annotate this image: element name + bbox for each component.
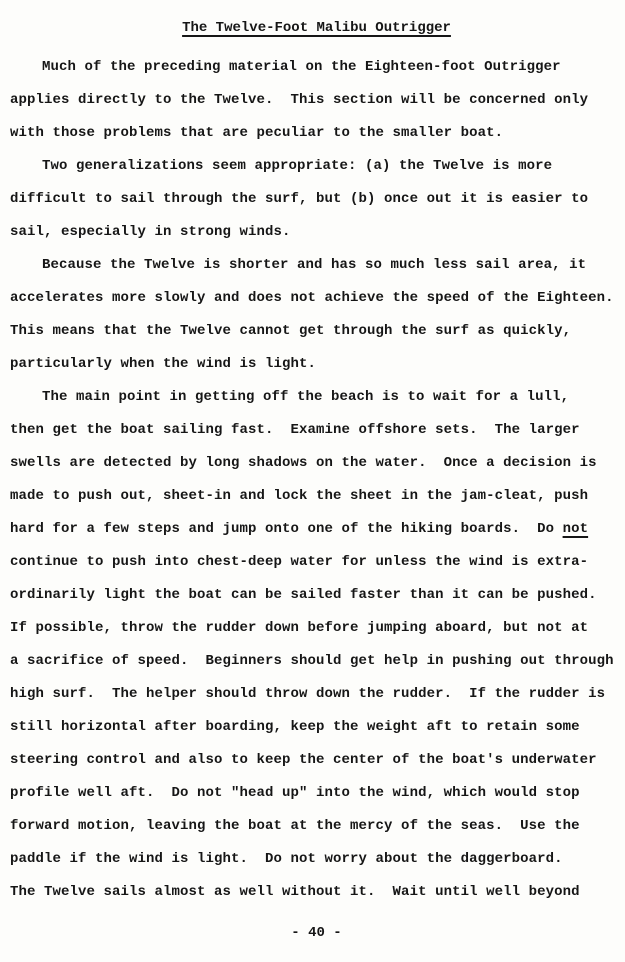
text-line: particularly when the wind is light.	[10, 348, 623, 381]
text-line: steering control and also to keep the ce…	[10, 744, 623, 777]
text-line: high surf. The helper should throw down …	[10, 678, 623, 711]
text-line: then get the boat sailing fast. Examine …	[10, 414, 623, 447]
text-line: ordinarily light the boat can be sailed …	[10, 579, 623, 612]
document-body: Much of the preceding material on the Ei…	[10, 51, 623, 909]
text-line: made to push out, sheet-in and lock the …	[10, 480, 623, 513]
document-page: The Twelve-Foot Malibu Outrigger Much of…	[0, 0, 625, 962]
underlined-word: not	[563, 521, 589, 537]
text-line: applies directly to the Twelve. This sec…	[10, 84, 623, 117]
text-line: The main point in getting off the beach …	[10, 381, 623, 414]
text-line: swells are detected by long shadows on t…	[10, 447, 623, 480]
text-line: The Twelve sails almost as well without …	[10, 876, 623, 909]
text-line: Because the Twelve is shorter and has so…	[10, 249, 623, 282]
text-line: forward motion, leaving the boat at the …	[10, 810, 623, 843]
text-line: continue to push into chest-deep water f…	[10, 546, 623, 579]
page-number: - 40 -	[10, 917, 623, 950]
text-line: accelerates more slowly and does not ach…	[10, 282, 623, 315]
text-line: Two generalizations seem appropriate: (a…	[10, 150, 623, 183]
text-line: still horizontal after boarding, keep th…	[10, 711, 623, 744]
text-line: difficult to sail through the surf, but …	[10, 183, 623, 216]
text-line: hard for a few steps and jump onto one o…	[10, 513, 623, 546]
page-title: The Twelve-Foot Malibu Outrigger	[10, 12, 623, 45]
text-line: Much of the preceding material on the Ei…	[10, 51, 623, 84]
text-line: This means that the Twelve cannot get th…	[10, 315, 623, 348]
text-line: profile well aft. Do not "head up" into …	[10, 777, 623, 810]
text-line: with those problems that are peculiar to…	[10, 117, 623, 150]
text-line: paddle if the wind is light. Do not worr…	[10, 843, 623, 876]
text-line: If possible, throw the rudder down befor…	[10, 612, 623, 645]
text-line: a sacrifice of speed. Beginners should g…	[10, 645, 623, 678]
page-title-text: The Twelve-Foot Malibu Outrigger	[182, 20, 451, 36]
text-line: sail, especially in strong winds.	[10, 216, 623, 249]
